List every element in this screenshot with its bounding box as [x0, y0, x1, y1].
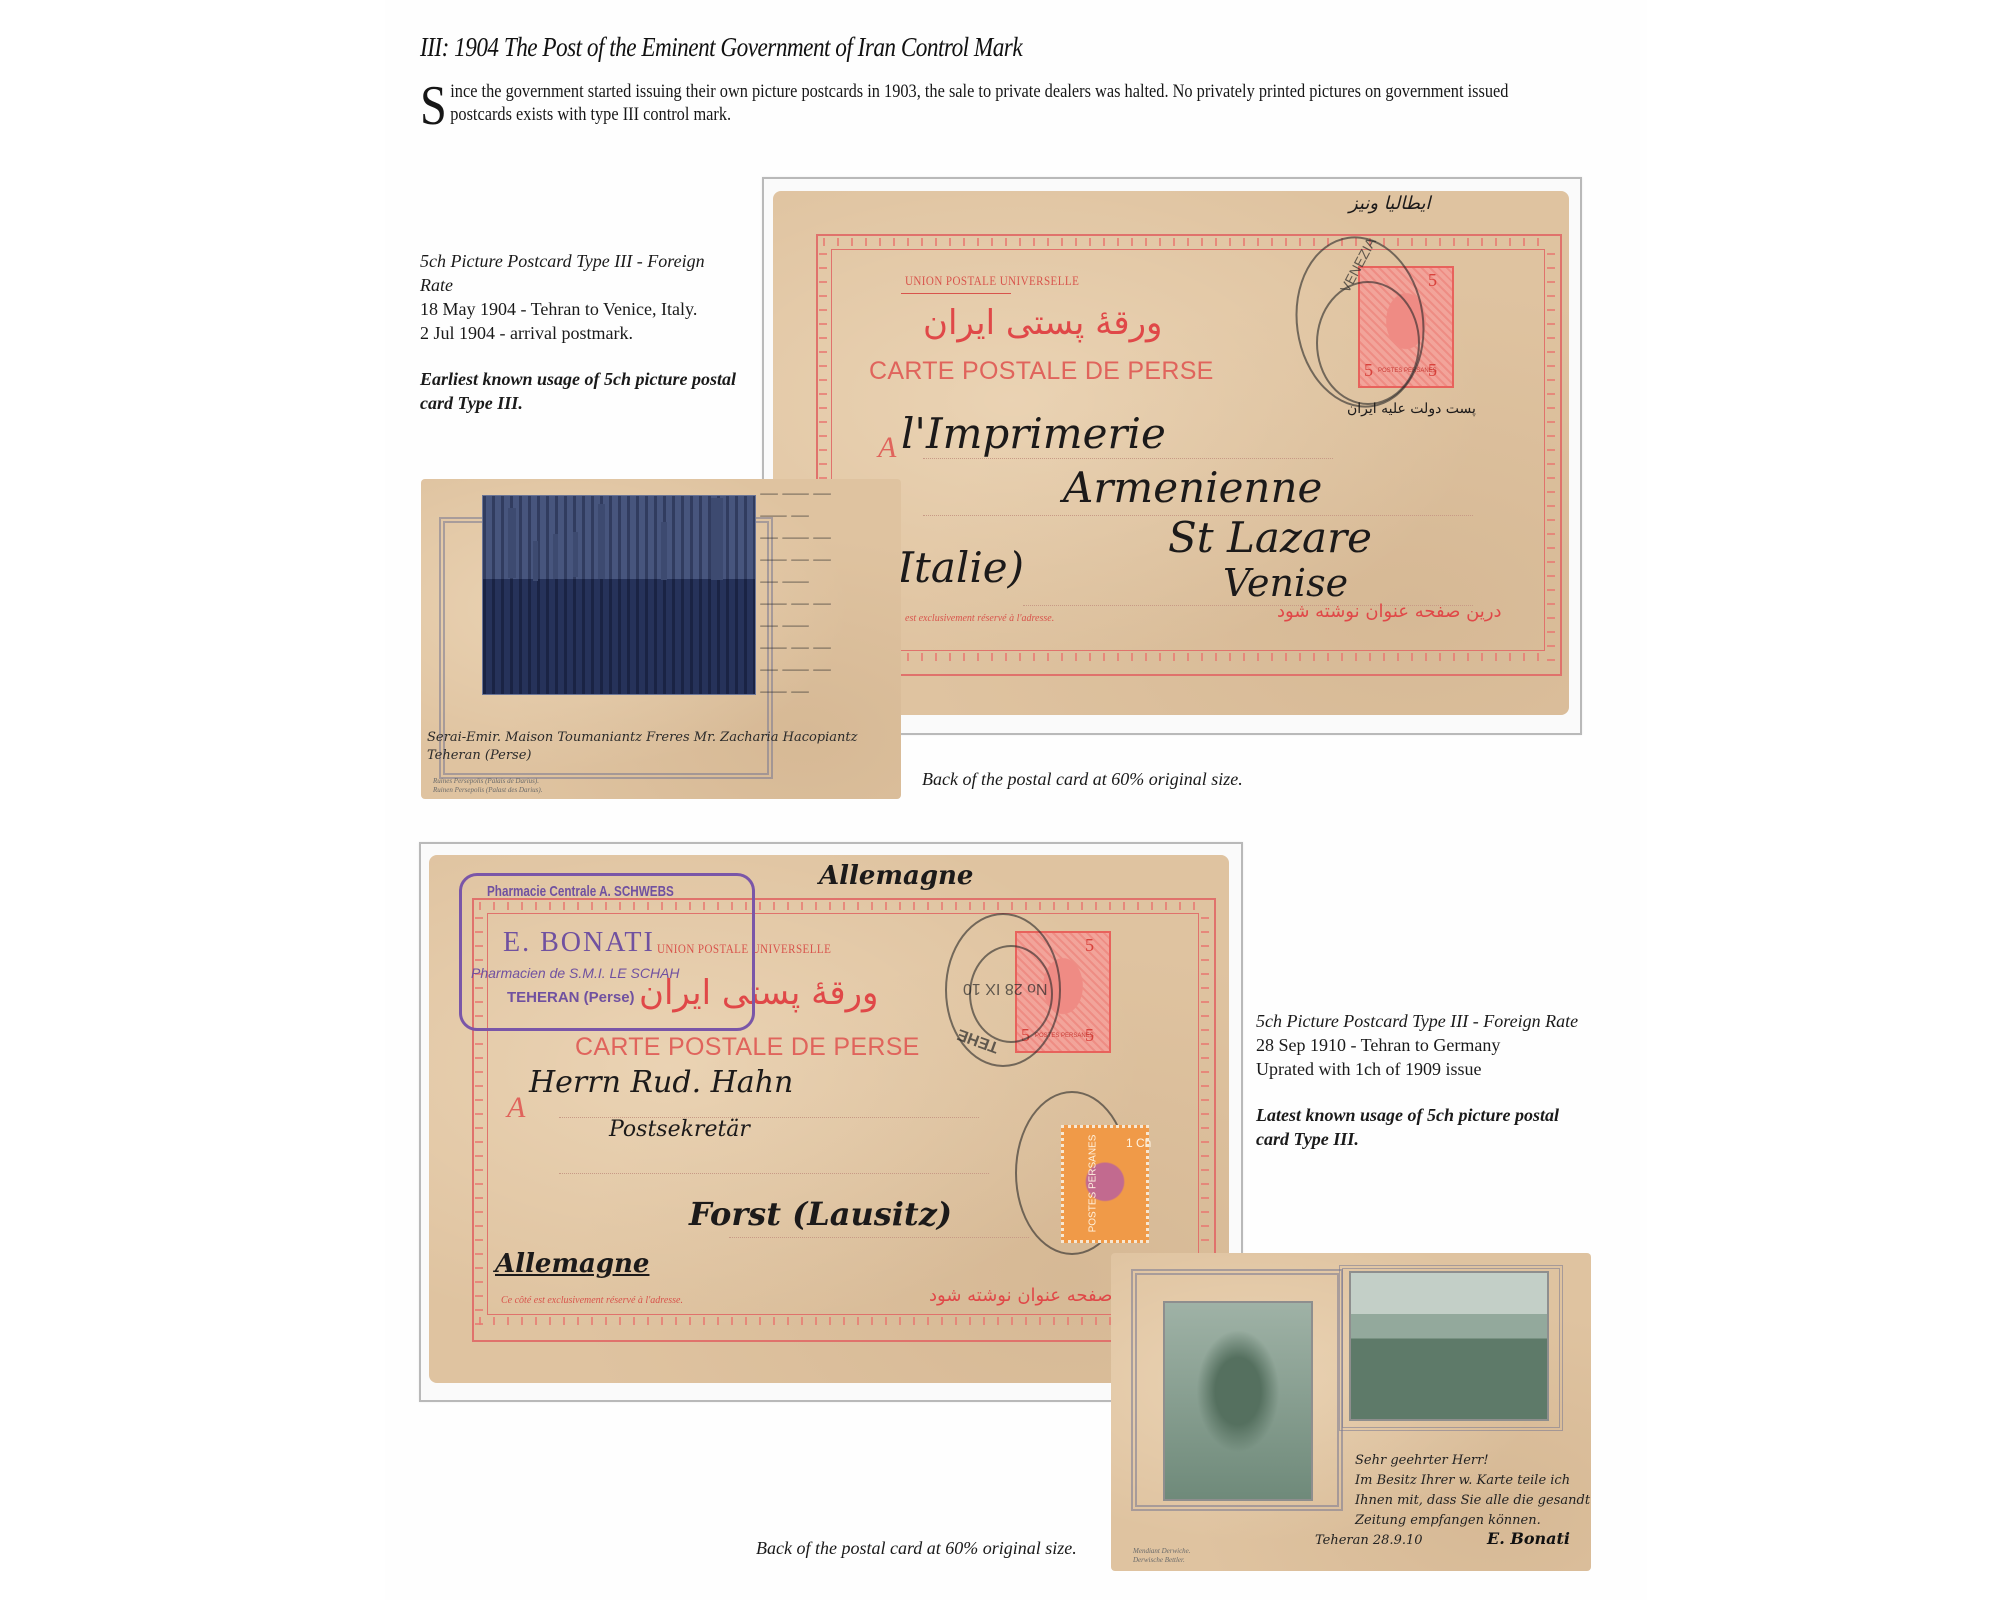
garden-palace-photo: [1349, 1271, 1549, 1421]
chain-border-right: [1547, 243, 1555, 661]
caption-highlight: Earliest known usage of 5ch picture post…: [420, 367, 740, 415]
caption-highlight: Latest known usage of 5ch picture postal…: [1256, 1103, 1596, 1151]
photo-caption-fr: Ruines Persepolis (Palais de Darius).: [433, 777, 539, 785]
handwritten-address-4: Allemagne: [495, 1249, 649, 1279]
caption-line: Uprated with 1ch of 1909 issue: [1256, 1057, 1596, 1081]
persian-handwriting: ایطالیا ونیز: [1349, 193, 1430, 214]
postcard-back-2: Sehr geehrter Herr! Im Besitz Ihrer w. K…: [1111, 1253, 1591, 1571]
caption-line: 2 Jul 1904 - arrival postmark.: [420, 321, 740, 345]
chain-border-bottom: [479, 1317, 1205, 1325]
photo-caption: Mendiant Derwiche. Derwische Bettler.: [1133, 1547, 1191, 1565]
cachet-line-2: E. BONATI: [503, 927, 655, 959]
handwritten-address-1: Herrn Rud. Hahn: [529, 1065, 793, 1100]
message-line: Ihnen mit, dass Sie alle die gesandt: [1355, 1491, 1590, 1511]
address-line: [559, 1173, 989, 1174]
cachet-line-1: Pharmacie Centrale A. SCHWEBS: [487, 883, 674, 900]
pillar: [508, 508, 516, 578]
reserve-note: est exclusivement réservé à l'adresse.: [905, 613, 1054, 624]
handwritten-address-5: (Italie): [881, 543, 1024, 592]
handwritten-address-3: St Lazare: [1168, 513, 1372, 562]
dervish-photo: [1163, 1301, 1313, 1501]
dropcap: S: [420, 82, 447, 130]
persian-title: ورقهٔ پستی ایران: [923, 303, 1162, 343]
address-line: [923, 458, 1333, 459]
handwritten-address-4: Venise: [1223, 561, 1348, 605]
address-prefix: A: [507, 1091, 525, 1125]
photo-caption-fr: Mendiant Derwiche.: [1133, 1547, 1191, 1555]
persian-stamp-note: پست دولت علیه ایران: [1347, 401, 1476, 417]
carte-postale-label: CARTE POSTALE DE PERSE: [869, 357, 1214, 386]
handwritten-address-2: Postsekretär: [609, 1117, 750, 1142]
chain-border-top: [823, 238, 1551, 246]
caption-heading: 5ch Picture Postcard Type III - Foreign …: [1256, 1009, 1596, 1033]
handwritten-message: ⸺ ⸻ ⸺⸻ ⸺⸺ ⸻ ⸺⸻ ⸺ ⸺⸺ ⸻⸻ ⸺ ⸺⸺ ⸻⸻ ⸺ ⸺⸺ ⸻ ⸺⸻…: [759, 483, 899, 703]
carte-postale-label: CARTE POSTALE DE PERSE: [575, 1033, 920, 1062]
upu-rule: [901, 293, 1011, 294]
postmark-date: No 28 IX 10: [963, 979, 1048, 997]
pillar: [598, 504, 605, 579]
handwritten-address-3: Forst (Lausitz): [689, 1195, 952, 1233]
persian-footer: درین صفحه عنوان نوشته شود: [1277, 601, 1502, 622]
postmark-inner: [1316, 281, 1420, 405]
cachet-line-4: TEHERAN (Perse): [507, 989, 635, 1006]
message-line: Im Besitz Ihrer w. Karte teile ich: [1355, 1471, 1590, 1491]
upu-label: UNION POSTALE UNIVERSELLE: [905, 273, 1079, 289]
handwritten-address-1: l'Imprimerie: [901, 409, 1166, 458]
intro-paragraph: S ince the government started issuing th…: [420, 80, 1538, 130]
exhibit-2-caption: 5ch Picture Postcard Type III - Foreign …: [1256, 1009, 1596, 1151]
pillar: [661, 522, 667, 580]
handwritten-country-top: Allemagne: [819, 861, 973, 891]
postcard-front-2: UNION POSTALE UNIVERSELLE ورقهٔ پستی ایر…: [429, 855, 1229, 1383]
message-line: Sehr geehrter Herr!: [1355, 1451, 1590, 1471]
chain-border-bottom: [823, 653, 1551, 661]
cachet-line-3: Pharmacien de S.M.I. LE SCHAH: [471, 965, 680, 981]
pillar: [533, 541, 538, 581]
photo-caption: Ruines Persepolis (Palais de Darius). Ru…: [433, 777, 542, 795]
caption-heading: 5ch Picture Postcard Type III - Foreign …: [420, 249, 740, 297]
pillar: [573, 532, 578, 577]
intro-text: ince the government started issuing thei…: [450, 81, 1508, 125]
persepolis-photo: [482, 495, 756, 695]
back-note-1: Back of the postal card at 60% original …: [922, 769, 1243, 790]
pillar: [553, 534, 558, 579]
address-prefix: A: [878, 431, 896, 465]
adhesive-stamp-1ch: POSTES PERSANES 1 Ch: [1061, 1125, 1149, 1243]
photo-caption-de: Ruinen Persepolis (Palast des Darius).: [433, 786, 542, 794]
photo-caption-de: Derwische Bettler.: [1133, 1556, 1185, 1564]
handwritten-address-line: Serai-Emir. Maison Toumaniantz Freres Mr…: [427, 729, 887, 765]
back-note-2: Back of the postal card at 60% original …: [756, 1538, 1077, 1559]
caption-line: 18 May 1904 - Tehran to Venice, Italy.: [420, 297, 740, 321]
exhibit-1-caption: 5ch Picture Postcard Type III - Foreign …: [420, 249, 740, 415]
page-title: III: 1904 The Post of the Eminent Govern…: [420, 32, 1022, 63]
caption-line: 28 Sep 1910 - Tehran to Germany: [1256, 1033, 1596, 1057]
address-line: [729, 1237, 1029, 1238]
pillar: [711, 498, 723, 580]
handwritten-address-2: Armenienne: [1063, 463, 1322, 512]
message-line: Zeitung empfangen können.: [1355, 1511, 1590, 1531]
postcard-back-1: ⸺ ⸻ ⸺⸻ ⸺⸺ ⸻ ⸺⸻ ⸺ ⸺⸺ ⸻⸻ ⸺ ⸺⸺ ⸻⸻ ⸺ ⸺⸺ ⸻ ⸺⸻…: [421, 479, 901, 799]
reserve-note: Ce côté est exclusivement réservé à l'ad…: [501, 1295, 683, 1306]
signature: E. Bonati: [1487, 1529, 1570, 1548]
